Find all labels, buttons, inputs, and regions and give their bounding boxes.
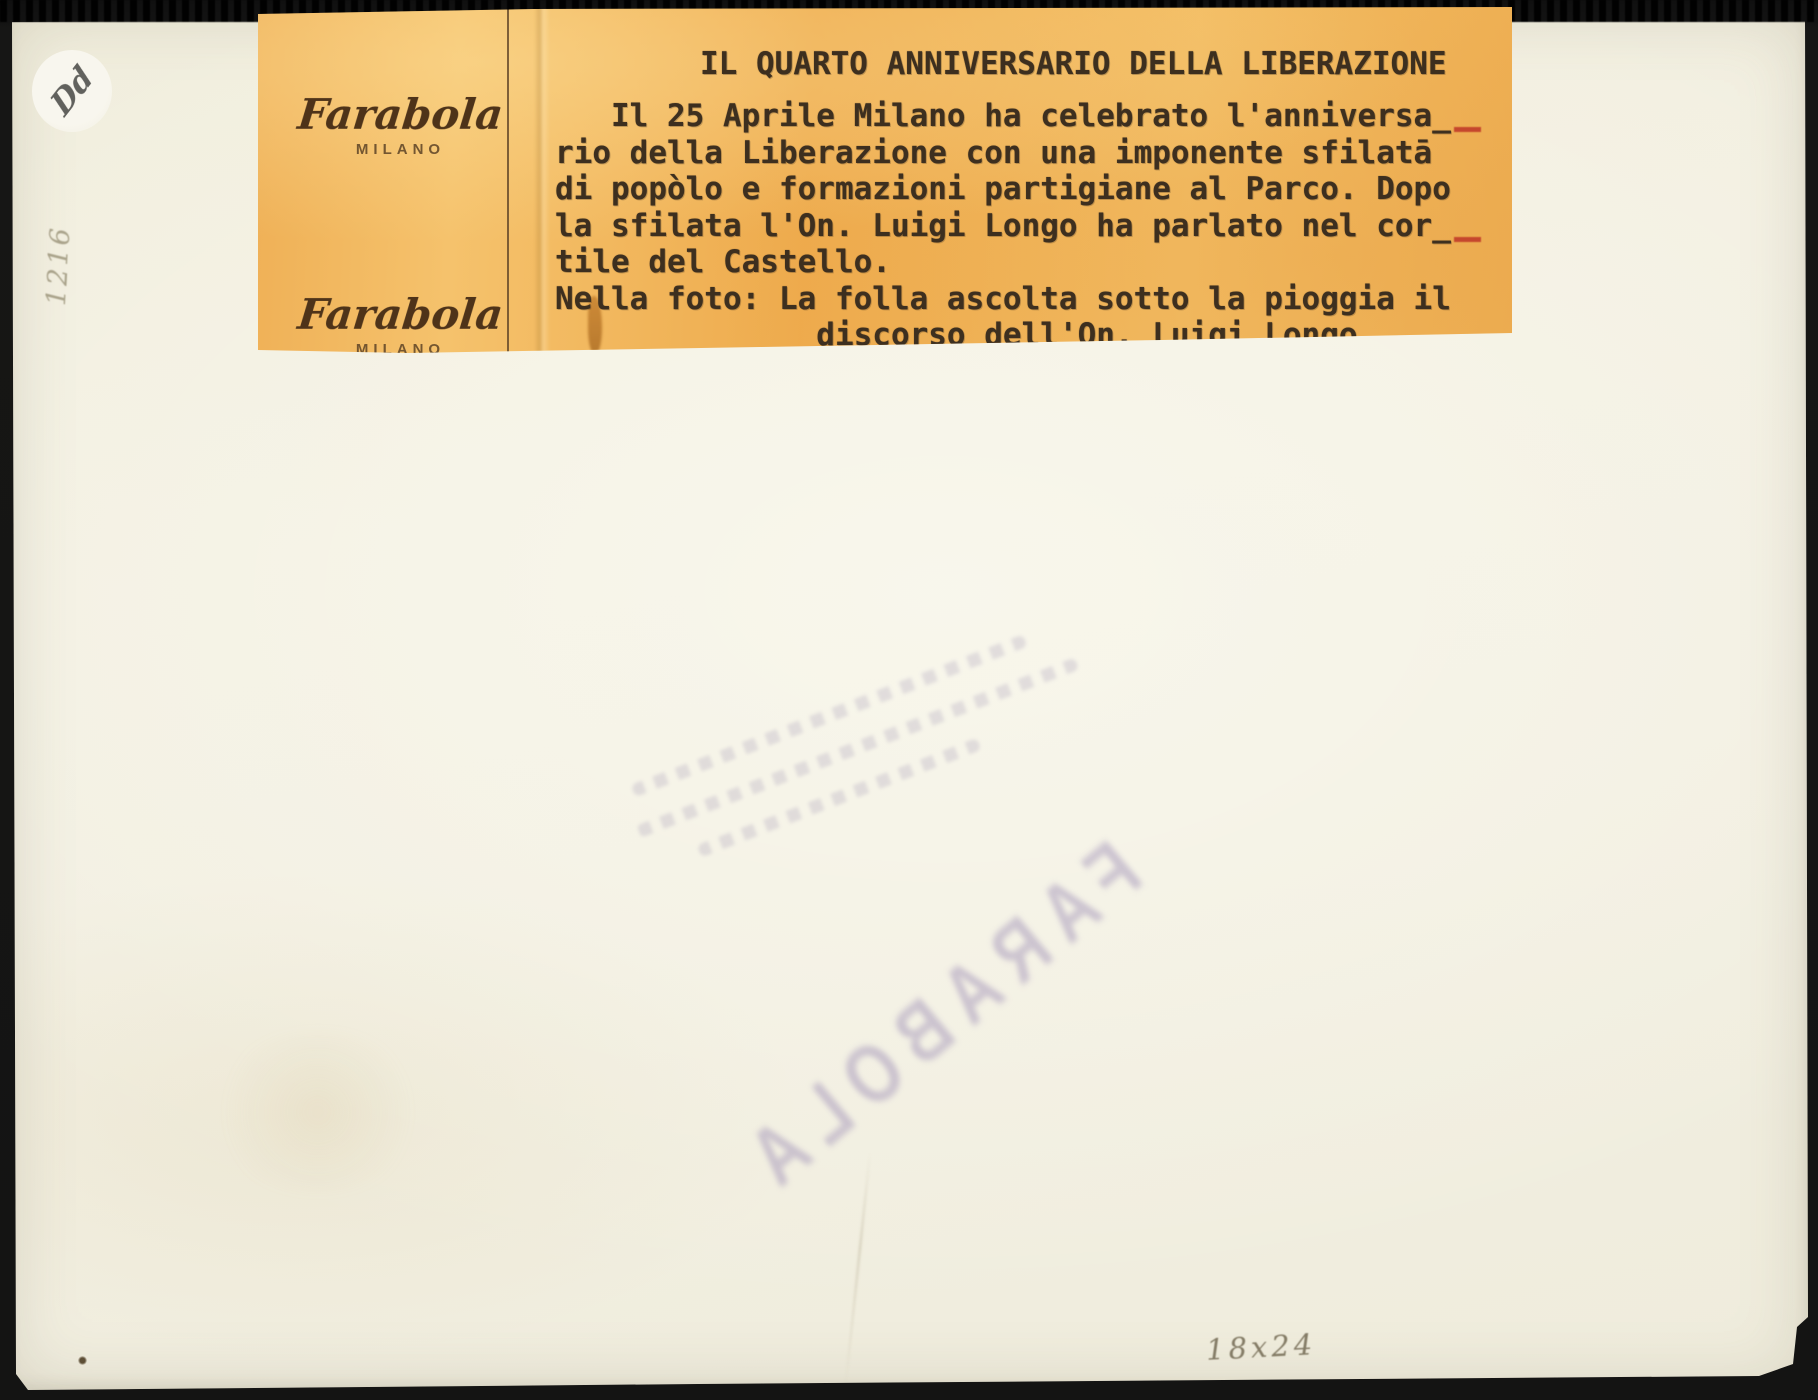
caption-line: Nella foto: La folla ascolta sotto la pi…: [555, 281, 1481, 318]
caption-label: Farabola MILANO Farabola MILANO IL QUART…: [258, 6, 1512, 354]
milano-subtitle: MILANO: [276, 141, 525, 158]
caption-title: IL QUARTO ANNIVERSARIO DELLA LIBERAZIONE: [700, 46, 1447, 82]
red-hyphen-mark: [1454, 127, 1481, 132]
farabola-wordmark: Farabola: [273, 290, 527, 339]
caption-line: rio della Liberazione con una imponente …: [555, 135, 1481, 172]
red-hyphen-mark: [1454, 237, 1481, 242]
caption-line: tile del Castello.: [555, 244, 1481, 281]
paper-stain-soft: [208, 1032, 428, 1192]
archive-number-pencil: 1216: [40, 200, 78, 331]
faint-stamp-line: [631, 634, 1028, 797]
caption-text: Il 25 Aprile Milano ha celebrato l'anniv…: [555, 98, 1481, 354]
farabola-wordmark: Farabola: [273, 90, 527, 139]
farabola-logo-bottom: Farabola MILANO: [276, 290, 525, 358]
caption-line: Il 25 Aprile Milano ha celebrato l'anniv…: [555, 98, 1481, 135]
paper-stain-spot: [78, 1356, 87, 1365]
archive-sticker: Dd: [32, 50, 112, 132]
paper-crease: [843, 1153, 871, 1392]
sticker-handwritten-mark: Dd: [44, 59, 99, 123]
photo-back-scan: FARABOLA Dd 1216 18x24 Farabola MILANO F…: [0, 0, 1818, 1400]
caption-line: la sfilata l'On. Luigi Longo ha parlato …: [555, 208, 1481, 245]
farabola-logo-top: Farabola MILANO: [276, 90, 525, 158]
label-crease: [534, 6, 550, 354]
size-note-pencil: 18x24: [1205, 1327, 1317, 1367]
faint-stamp-line: [636, 657, 1079, 838]
caption-line: di popòlo e formazioni partigiane al Par…: [555, 171, 1481, 208]
